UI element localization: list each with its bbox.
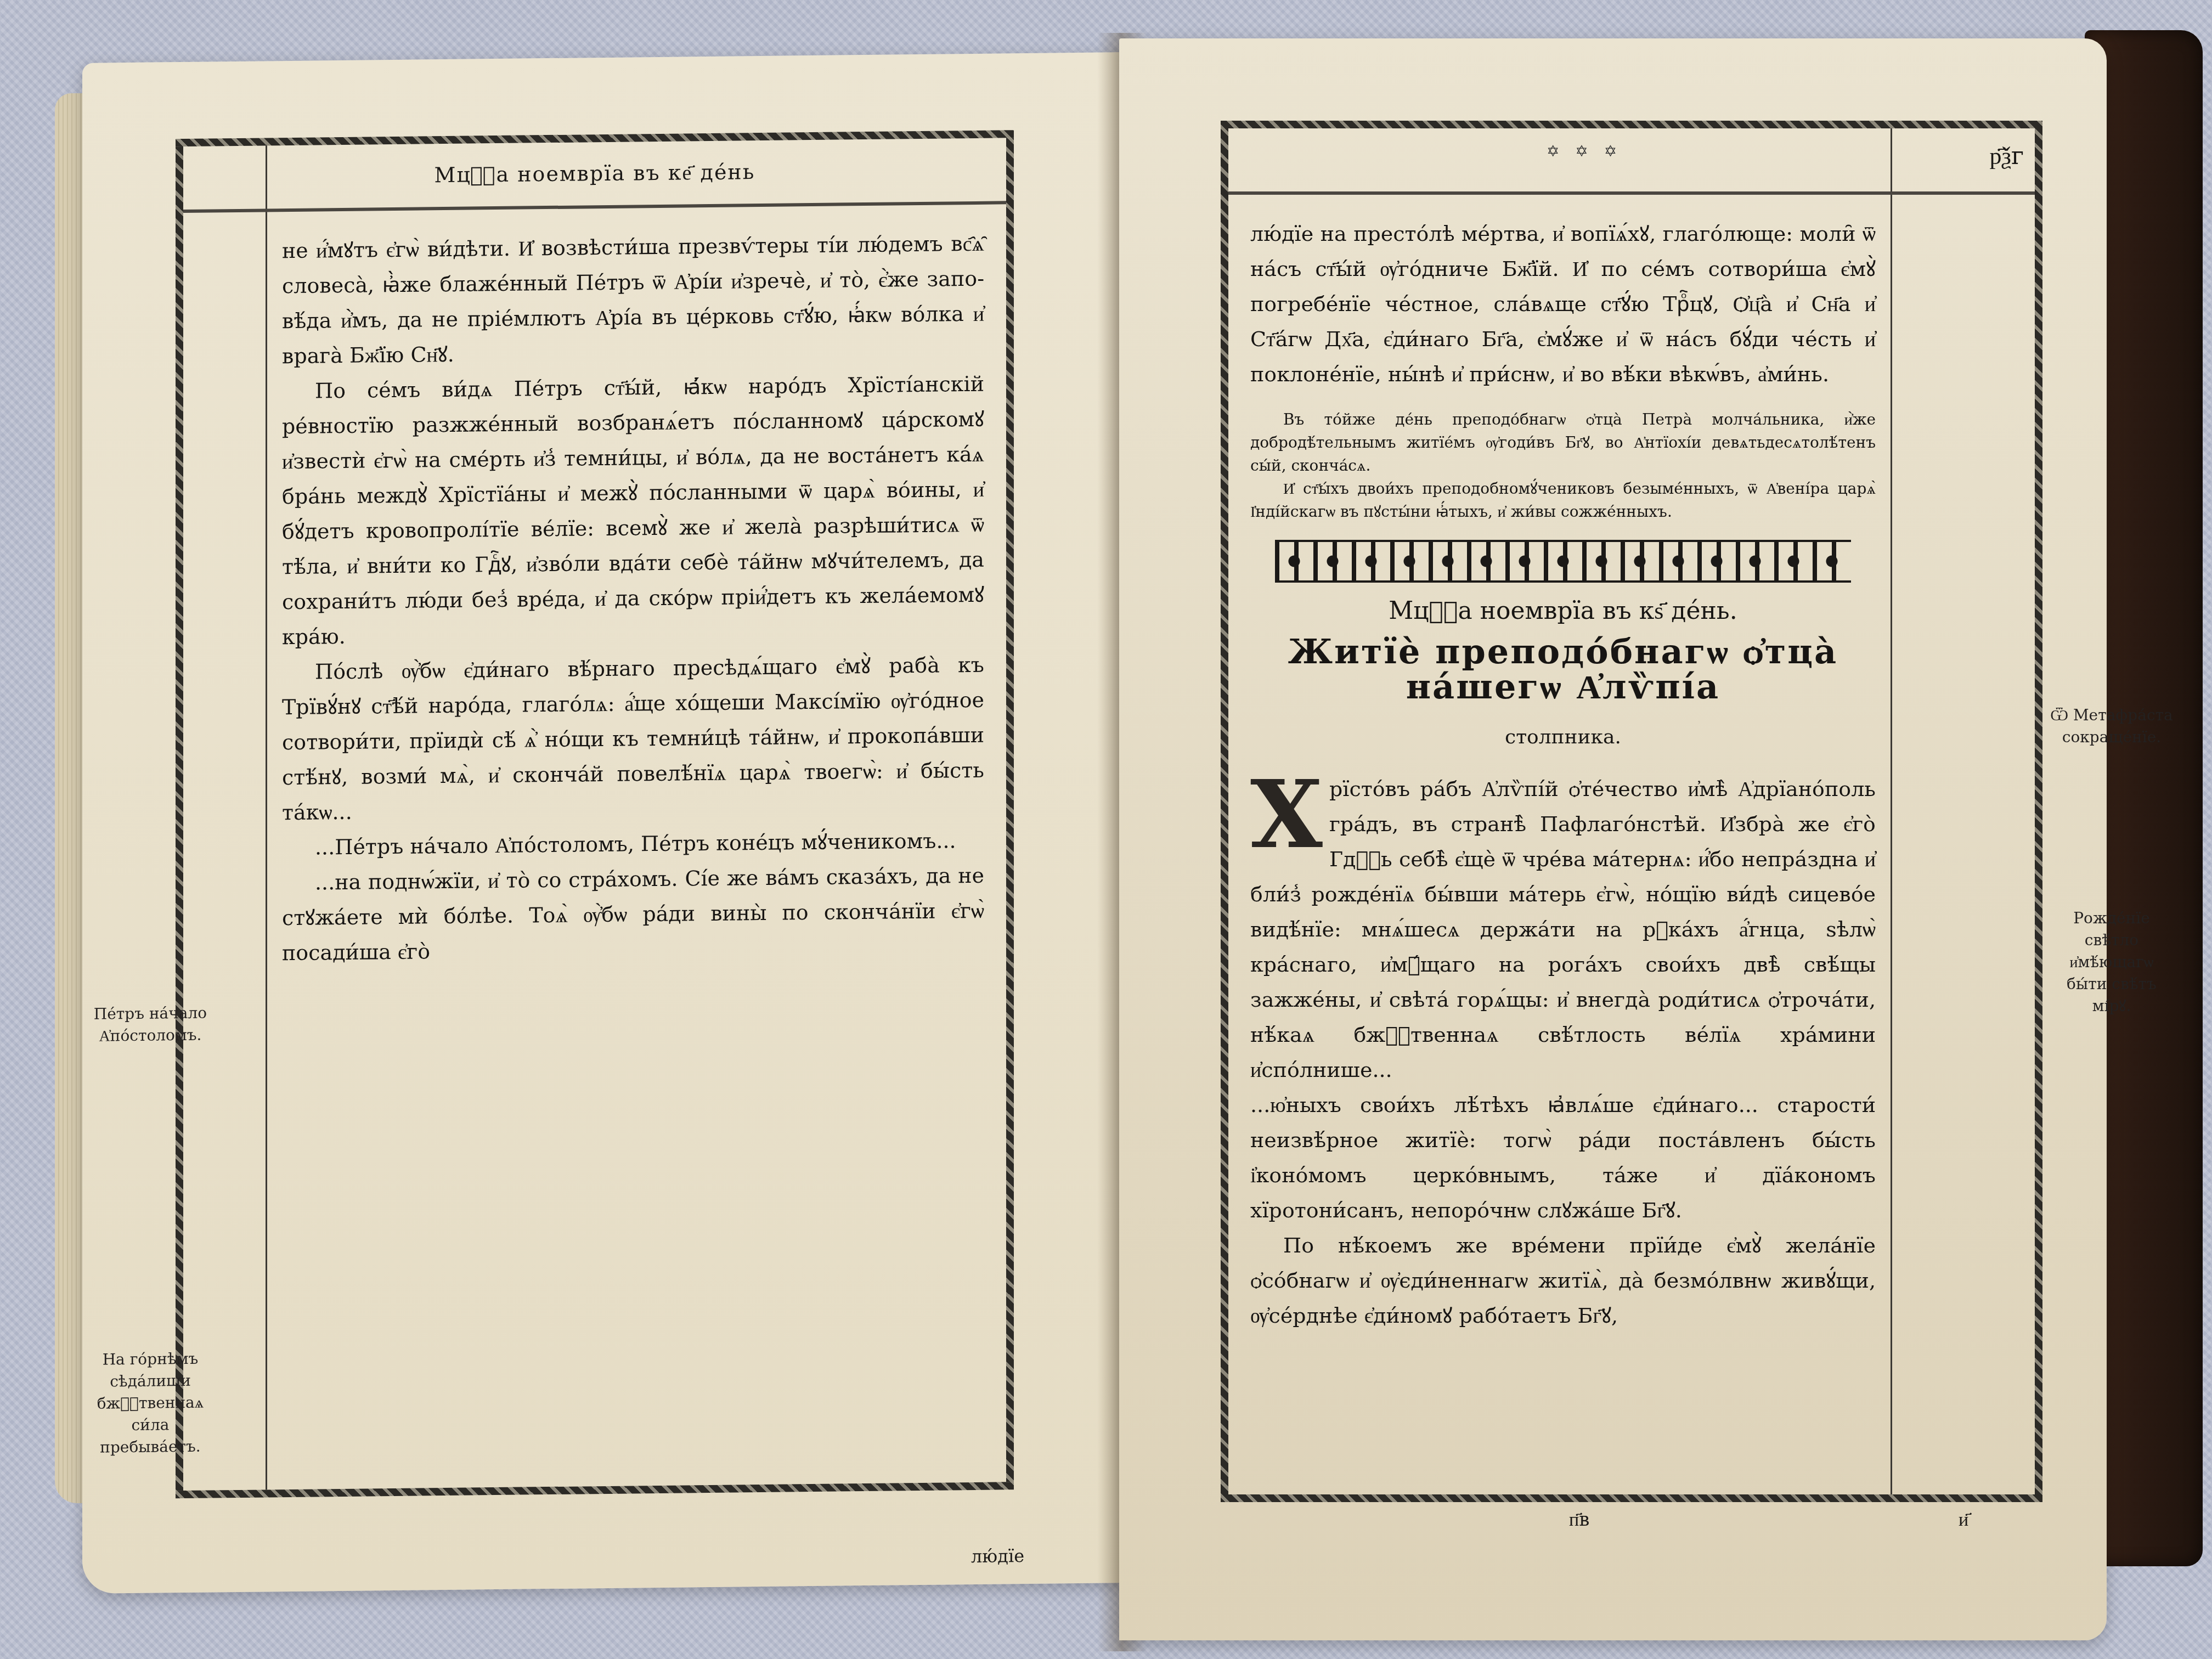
running-header-right: ✡ ✡ ✡ р҃ѯг: [1228, 128, 2035, 195]
catchword: лю́дїе: [971, 1545, 1024, 1567]
right-page: ✡ ✡ ✡ р҃ѯг лю́дїе на престо́лѣ ме́ртва, …: [1119, 38, 2107, 1640]
paragraph: По́слѣ ѹ҆̀бѡ є҆ди́наго вѣ́рнаго пре­сѣдѧ…: [282, 647, 984, 830]
margin-rule: [1891, 128, 1892, 1494]
paragraph: По се́мъ ви́дѧ Пе́тръ ст҃ы́й, ꙗ҆́кѡ наро…: [282, 366, 984, 654]
paragraph: ...ю҆ныхъ свои́хъ лѣ́тѣхъ ꙗ҆влѧ́ше є҆ди́…: [1250, 1087, 1876, 1228]
ornamental-border-left: Мцⷭ҇а ноемврїа въ ке҃ де́нь не и҆́мꙋтъ є…: [176, 130, 1014, 1498]
ornamental-border-right: ✡ ✡ ✡ р҃ѯг лю́дїе на престо́лѣ ме́ртва, …: [1221, 121, 2042, 1502]
header-title: Мцⷭ҇а ноемврїа въ ке҃ де́нь: [435, 160, 755, 188]
body-text-left: не и҆́мꙋтъ є҆гѡ̀ ви́дѣти. И҆ возвѣсти́ша…: [282, 226, 984, 970]
margin-note-peter: Пе́тръ на́чало А҆по́столомъ.: [90, 1002, 211, 1047]
chapter-subtitle: столпника.: [1250, 720, 1876, 755]
paragraph: ...на поднѡ́жїи, и҆ то̀ со стра́хомъ. Сі…: [282, 858, 984, 970]
margin-note-metaphrastes: Ѿ Мета­фра́ста сокраще́нїе.: [2049, 704, 2175, 748]
paragraph: не и҆́мꙋтъ є҆гѡ̀ ви́дѣти. И҆ возвѣсти́ша…: [282, 226, 984, 374]
margin-note-upper-seat: На го́рнѣмъ сѣда́лищи бжⷭ҇твен­наѧ си́ла…: [90, 1347, 211, 1458]
printer-signature: п҃в: [1569, 1509, 1589, 1531]
commemoration: И҆ ст҃ы́хъ двои́хъ преподобномꙋ́чениковъ…: [1250, 477, 1876, 523]
folio-number: р҃ѯг: [1990, 142, 2024, 170]
paragraph: По нѣ́коемъ же вре́мени прїи́де є҆мꙋ̀ же…: [1250, 1228, 1876, 1333]
left-page: Мцⷭ҇а ноемврїа въ ке҃ де́нь не и҆́мꙋтъ є…: [82, 52, 1125, 1594]
chapter-date: Мцⷭ҇а ноемврїа въ кѕ҃ де́нь.: [1250, 594, 1876, 629]
running-header-left: Мцⷭ҇а ноемврїа въ ке҃ де́нь: [183, 138, 1006, 213]
page-mark: и҃: [1959, 1509, 1968, 1531]
body-text-right: лю́дїе на престо́лѣ ме́ртва, и҆ вопїѧ́хꙋ…: [1250, 216, 1876, 1333]
closing-paragraph: лю́дїе на престо́лѣ ме́ртва, и҆ вопїѧ́хꙋ…: [1250, 216, 1876, 392]
headpiece-ornament: [1275, 540, 1851, 583]
chapter-title: Житїѐ преподо́бнагѡ ѻ҆тца̀ на́шегѡ А҆лѷп…: [1250, 634, 1876, 704]
margin-note-birth: Рожде́нїе свѣ́тло и҆мѣ́ющагѡ бы́ти свѣ́т…: [2049, 907, 2175, 1017]
paragraph-with-dropcap: Хрїсто́въ ра́бъ А҆лѷпі́й ѻ҆те́чество и҆м…: [1250, 771, 1876, 1087]
commemoration: Въ то́йже де́нь преподо́бнагѡ ѻ҆тца̀ Пет…: [1250, 408, 1876, 477]
paragraph-text: рїсто́въ ра́бъ А҆лѷпі́й ѻ҆те́чество и҆мѣ…: [1250, 777, 1876, 1082]
margin-rule: [266, 145, 267, 1489]
decorated-initial: Х: [1250, 774, 1323, 856]
star-ornament-icon: ✡ ✡ ✡: [1547, 142, 1622, 160]
